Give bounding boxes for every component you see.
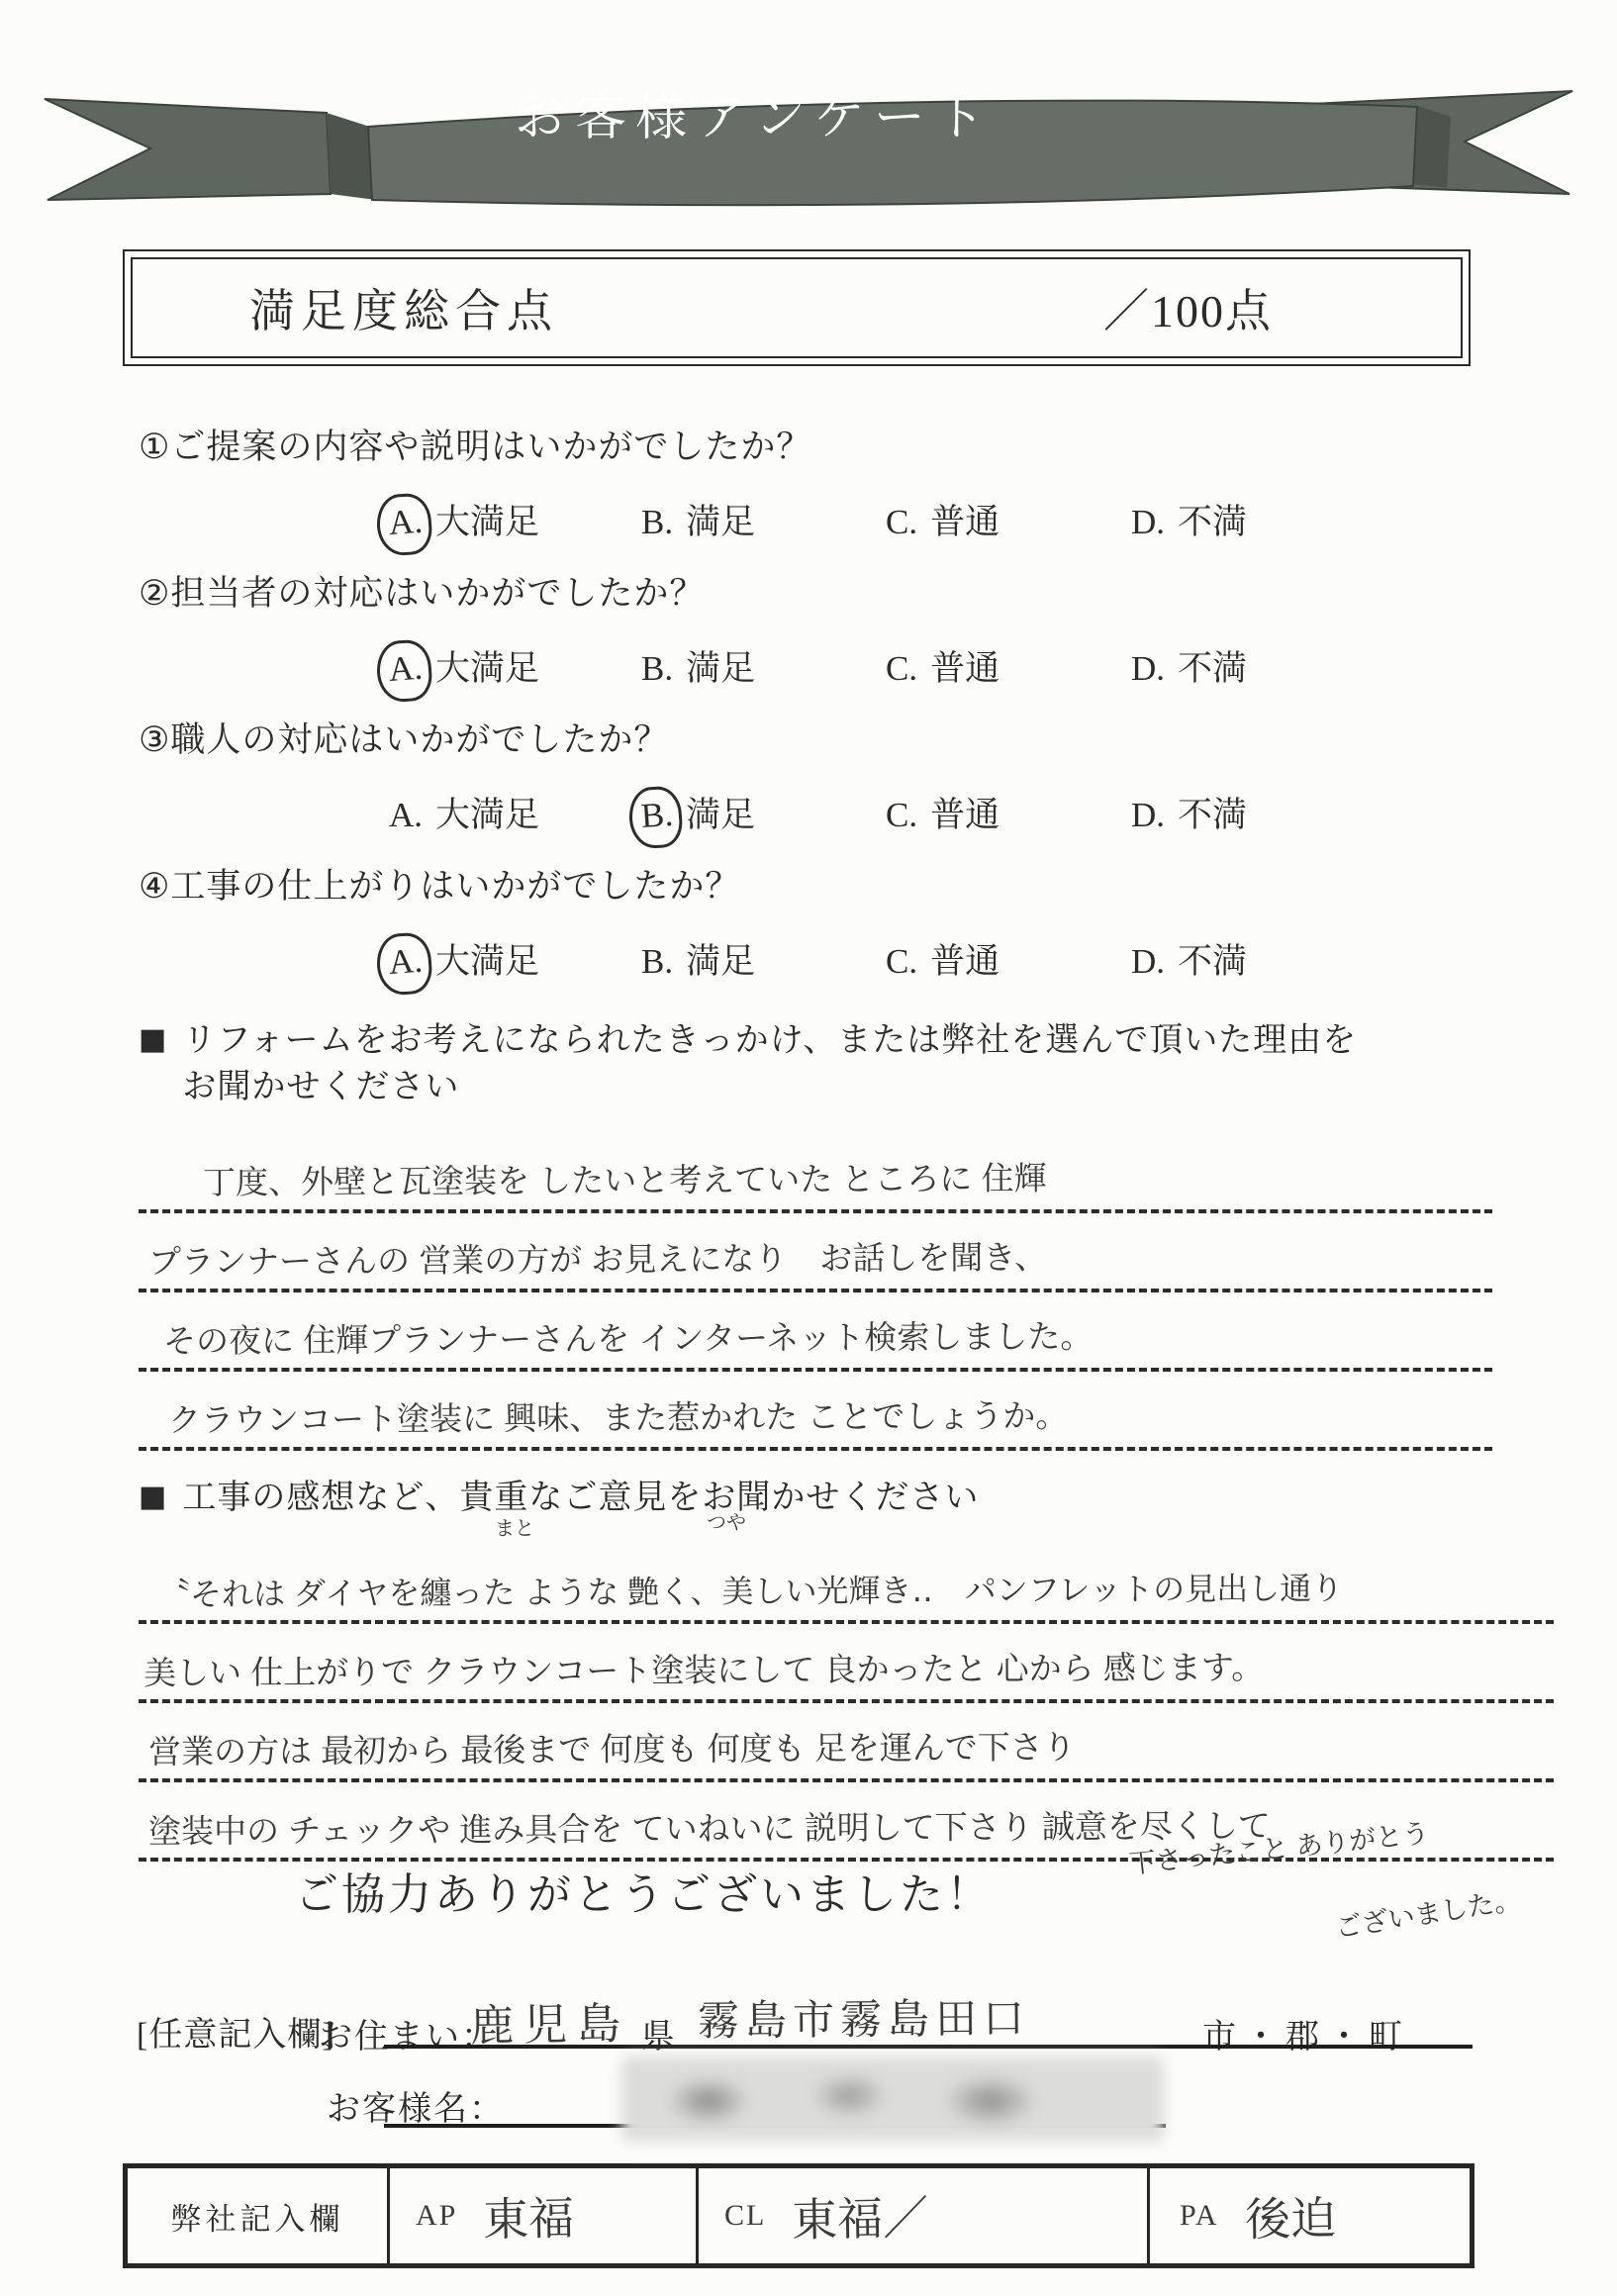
q4-option-b-label: 満足 (686, 942, 755, 981)
feedback-answer-lines: 〝それは ダイヤを纏った ような 艶く、美しい光輝き‥ パンフレットの見出し通り… (139, 1545, 1554, 1862)
section-feedback-heading: ■ 工事の感想など、貴重なご意見をお聞かせください (139, 1475, 1554, 1521)
address-underline (384, 2045, 1473, 2049)
q2-option-d-letter: D. (1119, 640, 1174, 702)
q4-option-b-letter: B. (629, 933, 682, 995)
handwritten-text: 〝それは ダイヤを纏った ような 艶く、美しい光輝き‥ パンフレットの見出し通り (158, 1564, 1343, 1615)
handwritten-text: 丁度、外壁と瓦塗装を したいと考えていた ところに 住輝 (203, 1153, 1047, 1203)
section-feedback: ■ 工事の感想など、貴重なご意見をお聞かせください 〝それは ダイヤを纏った よ… (139, 1475, 1554, 1862)
q4-option-b: B.満足 (638, 934, 755, 985)
handwritten-text: プランナーさんの 営業の方が お見えになり お話しを聞き、 (148, 1232, 1047, 1284)
answer-line: 〝それは ダイヤを纏った ような 艶く、美しい光輝き‥ パンフレットの見出し通り (139, 1545, 1554, 1624)
section-reason: ■ リフォームをお考えになられたきっかけ、または弊社を選んで頂いた理由を お聞か… (139, 1017, 1492, 1451)
q2-option-b-label: 満足 (686, 649, 755, 688)
q4-option-a: A.大満足 (386, 934, 539, 985)
answer-line: 美しい 仕上がりで クラウンコート塗装にして 良かったと 心から 感じます。 (139, 1624, 1554, 1703)
q3-option-a: A.大満足 (386, 788, 539, 838)
q2-option-c: C.普通 (883, 641, 999, 692)
q3-option-b: B.満足 (638, 788, 755, 838)
question-1-options: A.大満足 B.満足 C.普通 D.不満 (139, 481, 1524, 566)
q4-option-a-label: 大満足 (435, 942, 539, 981)
q1-option-d-letter: D. (1119, 494, 1174, 555)
score-box-inner: 満足度総合点 ／100点 (131, 257, 1463, 358)
handwritten-text: 営業の方は 最初から 最後まで 何度も 何度も 足を運んで下さり (148, 1722, 1076, 1773)
customer-name-redacted-blur (621, 2057, 1164, 2142)
q1-option-b: B.満足 (638, 495, 755, 545)
furigana-mato: まと (495, 1512, 534, 1541)
question-2-options: A.大満足 B.満足 C.普通 D.不満 (139, 627, 1524, 713)
question-1: ①ご提案の内容や説明はいかがでしたか？ A.大満足 B.満足 C.普通 D.不満 (139, 420, 1524, 566)
square-bullet-icon: ■ (139, 1480, 166, 1514)
pa-code: PA (1180, 2199, 1219, 2233)
q2-option-d-label: 不満 (1178, 649, 1247, 688)
q4-option-d-label: 不満 (1178, 942, 1247, 981)
q2-option-c-label: 普通 (930, 649, 999, 688)
q3-option-d-label: 不満 (1178, 796, 1247, 834)
q2-option-d: D.不満 (1128, 641, 1247, 692)
company-table-header: 弊社記入欄 (128, 2168, 390, 2263)
company-entry-table: 弊社記入欄 AP 東福 CL 東福／ PA 後迫 (123, 2163, 1474, 2268)
question-3-text: ③職人の対応はいかがでしたか？ (139, 713, 1524, 762)
question-4-label: 工事の仕上がりはいかがでしたか？ (170, 867, 740, 906)
company-table-cell-ap: AP 東福 (390, 2168, 699, 2263)
q1-option-a-letter-circled: A. (375, 492, 433, 557)
question-4-number: ④ (139, 867, 170, 906)
question-2-number: ② (139, 574, 170, 613)
score-box: 満足度総合点 ／100点 (123, 249, 1471, 366)
survey-page: お客様アンケート 満足度総合点 ／100点 ①ご提案の内容や説明はいかがでしたか… (0, 0, 1617, 2296)
handwritten-note-line-2: ございました。 (1332, 1877, 1523, 1945)
heading-line-2: お聞かせください (182, 1064, 1357, 1110)
company-table-cell-pa: PA 後迫 (1150, 2168, 1470, 2263)
company-table-cell-cl: CL 東福／ (699, 2168, 1150, 2263)
section-reason-heading-text: リフォームをお考えになられたきっかけ、または弊社を選んで頂いた理由を お聞かせく… (182, 1017, 1357, 1110)
question-4-options: A.大満足 B.満足 C.普通 D.不満 (139, 920, 1524, 1005)
q2-option-a-letter-circled: A. (375, 638, 433, 704)
section-feedback-heading-text: 工事の感想など、貴重なご意見をお聞かせください (182, 1475, 979, 1521)
question-2-text: ②担当者の対応はいかがでしたか？ (139, 566, 1524, 616)
q4-option-c: C.普通 (883, 934, 999, 985)
q3-option-c-label: 普通 (930, 796, 999, 834)
score-denominator: ／100点 (1103, 275, 1273, 340)
page-title: お客様アンケート (515, 75, 995, 149)
ap-value-handwritten: 東福 (483, 2182, 575, 2249)
customer-name-label: お客様名： (327, 2081, 505, 2130)
handwritten-text: クラウンコート塗装に 興味、また惹かれた ことでしょうか。 (168, 1390, 1069, 1442)
q1-option-b-label: 満足 (686, 503, 755, 541)
q2-option-b: B.満足 (638, 641, 755, 692)
q1-option-b-letter: B. (629, 494, 682, 555)
q3-option-b-letter-circled: B. (627, 785, 684, 850)
address-city-handwritten: 霧島市霧島田口 (698, 1986, 1031, 2049)
q1-option-d: D.不満 (1128, 495, 1247, 545)
city-suffix: 市・郡・町 (1202, 2009, 1410, 2057)
q2-option-a: A.大満足 (386, 641, 539, 692)
handwritten-text: 塗装中の チェックや 進み具合を ていねいに 説明して下さり 誠意を尽くして (148, 1800, 1271, 1853)
q3-option-c-letter: C. (874, 787, 926, 848)
q3-option-a-label: 大満足 (435, 796, 539, 834)
q1-option-c-letter: C. (874, 494, 926, 555)
q1-option-d-label: 不満 (1178, 503, 1247, 541)
answer-line: 営業の方は 最初から 最後まで 何度も 何度も 足を運んで下さり (139, 1703, 1554, 1782)
q1-option-a: A.大満足 (386, 495, 539, 545)
optional-section-label: [任意記入欄] (137, 2007, 334, 2056)
question-1-label: ご提案の内容や説明はいかがでしたか？ (170, 428, 811, 466)
q3-option-d: D.不満 (1128, 788, 1247, 838)
q4-option-d-letter: D. (1119, 933, 1174, 995)
score-label: 満足度総合点 (249, 275, 558, 340)
q3-option-a-letter: A. (377, 787, 431, 848)
prefecture-suffix: 県 (641, 2009, 675, 2057)
reason-answer-lines: 丁度、外壁と瓦塗装を したいと考えていた ところに 住輝 プランナーさんの 営業… (139, 1134, 1492, 1451)
pa-value-handwritten: 後迫 (1244, 2182, 1336, 2249)
heading-line-1: リフォームをお考えになられたきっかけ、または弊社を選んで頂いた理由を (182, 1017, 1357, 1064)
ribbon-tail-left (45, 99, 331, 200)
answer-line: プランナーさんの 営業の方が お見えになり お話しを聞き、 (139, 1213, 1492, 1292)
q2-option-b-letter: B. (629, 640, 682, 702)
q1-option-a-label: 大満足 (435, 503, 539, 541)
furigana-tsuya: つや (707, 1506, 746, 1535)
cl-value-handwritten: 東福／ (792, 2182, 929, 2249)
q3-option-c: C.普通 (883, 788, 999, 838)
question-3-number: ③ (139, 720, 170, 759)
q4-option-d: D.不満 (1128, 934, 1247, 985)
handwritten-text: その夜に 住輝プランナーさんを インターネット検索しました。 (163, 1311, 1094, 1363)
ribbon-fold-right (1413, 105, 1451, 188)
q4-option-a-letter-circled: A. (375, 931, 433, 997)
square-bullet-icon: ■ (139, 1022, 166, 1057)
cl-code: CL (724, 2199, 766, 2233)
section-reason-heading: ■ リフォームをお考えになられたきっかけ、または弊社を選んで頂いた理由を お聞か… (139, 1017, 1492, 1110)
handwritten-text: 美しい 仕上がりで クラウンコート塗装にして 良かったと 心から 感じます。 (143, 1642, 1264, 1694)
question-1-number: ① (139, 428, 170, 466)
answer-line: 丁度、外壁と瓦塗装を したいと考えていた ところに 住輝 (139, 1134, 1492, 1213)
q2-option-c-letter: C. (874, 640, 926, 702)
q1-option-c-label: 普通 (930, 503, 999, 541)
question-4-text: ④工事の仕上がりはいかがでしたか？ (139, 859, 1524, 909)
ap-code: AP (416, 2199, 457, 2233)
question-2-label: 担当者の対応はいかがでしたか？ (170, 574, 705, 613)
question-2: ②担当者の対応はいかがでしたか？ A.大満足 B.満足 C.普通 D.不満 (139, 566, 1524, 713)
q4-option-c-letter: C. (874, 933, 926, 995)
q3-option-d-letter: D. (1119, 787, 1174, 848)
q2-option-a-label: 大満足 (435, 649, 539, 688)
answer-line: その夜に 住輝プランナーさんを インターネット検索しました。 (139, 1292, 1492, 1372)
question-3: ③職人の対応はいかがでしたか？ A.大満足 B.満足 C.普通 D.不満 (139, 713, 1524, 859)
thanks-message: ご協力ありがとうございました！ (295, 1859, 993, 1922)
question-3-label: 職人の対応はいかがでしたか？ (170, 720, 669, 759)
q1-option-c: C.普通 (883, 495, 999, 545)
q3-option-b-label: 満足 (686, 796, 755, 834)
q4-option-c-label: 普通 (930, 942, 999, 981)
question-3-options: A.大満足 B.満足 C.普通 D.不満 (139, 774, 1524, 859)
question-4: ④工事の仕上がりはいかがでしたか？ A.大満足 B.満足 C.普通 D.不満 (139, 859, 1524, 1005)
question-1-text: ①ご提案の内容や説明はいかがでしたか？ (139, 420, 1524, 469)
answer-line: クラウンコート塗装に 興味、また惹かれた ことでしょうか。 (139, 1372, 1492, 1451)
